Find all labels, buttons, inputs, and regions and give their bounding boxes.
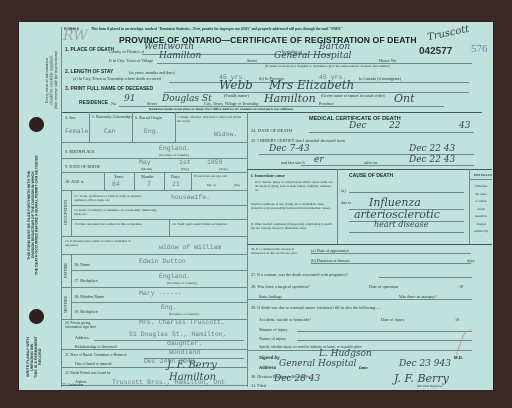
marital-status-value: Widow. (214, 131, 237, 138)
age-col-1 (104, 172, 105, 190)
age-days-label: Days (171, 174, 180, 179)
informant-label: 20. Person giving information sign here (65, 321, 100, 329)
length-of-stay-label: 2. LENGTH OF STAY (65, 69, 113, 75)
age-days: 21 (172, 181, 180, 188)
occupation-split (169, 219, 170, 236)
mother-section-label: MOTHER (64, 290, 68, 320)
nature-line (297, 340, 472, 341)
punch-hole-top (29, 117, 44, 132)
date-of-death-label: 24. DATE OF DEATH (251, 128, 292, 133)
racial-origin-label: 6. Racial Origin (135, 115, 162, 120)
cause-top (247, 169, 492, 170)
spouse-value: widow of William (159, 244, 221, 251)
death-certificate: Every item of information should be care… (19, 22, 493, 390)
external-causes-label: 29. If death was due to external causes … (251, 305, 381, 310)
burial-date-line (62, 367, 247, 368)
age-months: 7 (147, 181, 151, 188)
nationality-value: Can (104, 128, 116, 135)
certify-label: 25. I HEREBY CERTIFY that I attended dec… (251, 138, 345, 143)
occupation-divider (71, 190, 72, 236)
operation-year-prefix: 19 (459, 284, 463, 289)
cause-left-divider (337, 169, 338, 244)
communicable-label: 26. If a communicable disease is mention… (251, 247, 306, 255)
given-names-value: Mrs Elizabeth (269, 78, 354, 92)
row-line-3 (62, 172, 247, 173)
registrar-caption: (Division Registrar) (417, 384, 443, 388)
burial-place-label: 21. Place of Burial, Cremation or Remova… (65, 353, 127, 357)
relationship-value: daughter. (167, 340, 202, 347)
nature-label: Nature of injury (259, 336, 286, 341)
sex-label: 4. Sex (65, 115, 75, 120)
margin-divider (61, 27, 62, 387)
cause-a-prefix: (a) (341, 188, 346, 193)
duration-line (311, 263, 471, 264)
attended-to: Dec 22 43 (409, 144, 455, 154)
dob-month-caption: (Month) (141, 167, 152, 171)
mother-birthplace-value: Eng. (161, 304, 177, 311)
margin-instructions: Every item of information should be care… (45, 28, 59, 133)
burial-place-value: Woodland (169, 349, 200, 356)
undertaker-row: 23. Undertaker Truscott Bros., Hamilton,… (62, 383, 247, 391)
appearance-line (311, 253, 471, 254)
residence-province-value: Ont (394, 92, 415, 105)
institution-value: General Hospital (274, 51, 351, 61)
undertaker-label: 23. Undertaker (62, 383, 84, 387)
registration-number: 042577 (419, 46, 452, 57)
father-name-value: Edwin Dutton (139, 258, 186, 265)
family-name-value: Webb (219, 78, 253, 92)
age-col-3 (164, 172, 165, 190)
physician-col-line (469, 179, 492, 180)
postal-note: This form if placed in an envelope, mark… (91, 27, 343, 31)
age-col-4 (191, 172, 192, 190)
due-to-label: due to (341, 200, 351, 205)
father-name-label: 16. Name (74, 262, 90, 267)
signed-date-value: Dec 23 943 (399, 359, 451, 369)
father-name-line (71, 270, 247, 271)
signer-address-label: Address (259, 365, 276, 370)
age-hrs-label: hrs. or (207, 183, 216, 187)
undertaker-value: Truscott Bros., Hamilton, Ont (112, 379, 225, 386)
mother-maiden-value: Mary ------ (139, 290, 182, 297)
alive-line (301, 165, 474, 166)
trade-value: housewife. (171, 194, 210, 201)
other-conditions-label: II. Other morbid conditions (if importan… (251, 222, 333, 230)
morbid-conditions-label: Morbid conditions, if any, giving rise t… (251, 202, 333, 210)
dob-day: 1st (179, 159, 191, 166)
mother-birthplace-caption: (Province or Country) (169, 312, 199, 316)
margin-filing-notice: THIS FORM MUST BE FILED FORTHWITH WITH T… (28, 140, 39, 290)
dob-label: 9. DATE OF BIRTH (65, 164, 100, 169)
accident-label: Accident, suicide or homicide? (259, 317, 311, 322)
physician-col-title: PHYSICIAN (474, 173, 492, 177)
section-divider (62, 112, 482, 113)
manner-line (297, 331, 472, 332)
county-label: County or District of (109, 49, 144, 54)
spouse-label: 15. If married give name of wife or husb… (65, 239, 135, 247)
filed-date-value: Dec 28 43 (274, 374, 320, 384)
grid-col-2 (132, 112, 133, 142)
signed-by-label: Signed by (259, 355, 280, 360)
father-line (62, 287, 247, 288)
attended-from: Dec 7-43 (269, 144, 310, 154)
death-date-line (309, 132, 474, 133)
racial-origin-value: Eng. (144, 128, 160, 135)
marital-status-label: 7. Single, Married, Widowed or Divorced … (177, 115, 245, 123)
burial-date-label: Date of burial or removal (75, 362, 112, 366)
age-label: 10. AGE is (65, 179, 84, 184)
cause-a-line (349, 192, 464, 193)
pregnancy-label: 27. If a woman, was the death associated… (251, 272, 348, 277)
row-line-5 (62, 236, 247, 237)
trade-label: 11. Trade, profession or kind of work as… (74, 194, 144, 202)
nationality-label: 5. Nationality (Citizenship) (92, 115, 131, 119)
dob-month: May (139, 159, 151, 166)
cause-ii-value: heart disease (374, 220, 428, 229)
birthplace-caption: (Province or Country) (159, 153, 189, 157)
given-names-caption: (Given name or names in usual order) (321, 93, 385, 98)
immediate-cause-desc: Give disease, injury or complication whi… (255, 180, 333, 192)
mother-birthplace-label: 19. Birthplace (74, 309, 98, 314)
permit-by-value: J. F. Berry (167, 360, 217, 371)
row-line-6 (62, 254, 247, 255)
physician-signature: L. Hudgson (319, 349, 372, 359)
dob-day-caption: (Day) (181, 167, 189, 171)
operation-date-label: Date of operation (369, 284, 398, 289)
age-less-label: If less than one day old (194, 174, 227, 178)
informant-value: Mrs. Charles Truscott. (139, 319, 225, 326)
institution-note: (If death occurred in a hospital or inst… (265, 64, 390, 68)
mother-maiden-label: 18. Maiden Name (74, 294, 104, 299)
findings-line (247, 299, 472, 300)
filed-label: 31. Filed (251, 383, 266, 388)
residence-city-value: Hamilton (264, 92, 316, 105)
injury-year-prefix: 19 (455, 317, 459, 322)
death-year: 43 (459, 121, 470, 131)
stay-city-label: (a) In City, Town or Township where deat… (73, 76, 161, 81)
signed-date-label: Date (359, 365, 368, 370)
last-saw-pronoun: er (314, 155, 324, 165)
trade-line (71, 205, 247, 206)
age-min-label: min. (234, 183, 240, 187)
row-line-4 (62, 190, 247, 191)
cause-right-divider (469, 169, 470, 244)
last-worked-label: 13. Date deceased last worked at this oc… (74, 222, 144, 226)
manner-label: Manner of injury (259, 327, 288, 332)
age-years-label: Years (114, 174, 123, 179)
city-value: Hamilton (159, 51, 201, 61)
punch-hole-bottom (29, 309, 44, 324)
birthplace-label: 8. BIRTHPLACE (65, 149, 95, 154)
sex-value: Female (65, 128, 88, 135)
annotation-rw: RW (63, 28, 88, 44)
pregnancy-line (379, 277, 472, 278)
total-years-label: 14. Total years spent in this occupation (172, 222, 232, 226)
residence-label: RESIDENCE (79, 100, 108, 106)
dob-year-caption: (Year) (219, 167, 228, 171)
alive-on-value: Dec 22 43 (409, 155, 455, 165)
stay-canada-label: In Canada (if immigrant) (359, 76, 401, 81)
stamp-number: 576 (471, 43, 488, 55)
cause-bottom (247, 244, 492, 245)
place-of-death-label: 1. PLACE OF DEATH (65, 47, 114, 53)
industry-line (71, 219, 247, 220)
surgery-label: 28. Was there a surgical operation? (251, 284, 310, 289)
grid-col-1 (89, 112, 90, 142)
cause-ii-line (349, 232, 464, 233)
age-col-2 (134, 172, 135, 190)
residence-note: Residence means usual place of abode. Po… (149, 107, 294, 111)
dob-year: 1859 (207, 159, 223, 166)
occupation-section-label: OCCUPATION (64, 192, 68, 234)
margin-ink-notice: WRITE PLAINLY WITH UNFADING INK THIS IS … (26, 327, 42, 387)
immediate-cause-label: I. Immediate cause (251, 173, 285, 178)
age-months-label: Months (141, 174, 154, 179)
father-birthplace-caption: (Province or Country) (167, 281, 197, 285)
informant-address-label: Address (75, 335, 89, 340)
death-month: Dec (349, 121, 367, 131)
father-birthplace-value: England. (159, 273, 190, 280)
row-line-1 (62, 142, 247, 143)
death-day: 22 (389, 121, 400, 131)
father-birthplace-label: 17. Birthplace (74, 278, 98, 283)
annotation-truscott: Truscott (426, 24, 470, 44)
name-line (164, 92, 469, 93)
cause-heading: CAUSE OF DEATH (349, 173, 393, 179)
length-of-stay-sub: (in years, months and days) (129, 70, 175, 75)
father-section-label: FATHER (64, 256, 68, 286)
left-right-divider (247, 112, 248, 387)
age-years: 84 (112, 181, 120, 188)
mother-name-line (71, 302, 247, 303)
birthplace-value: England. (159, 145, 190, 152)
city-label: If in City, Town or Village (109, 58, 153, 63)
informant-address-value: 51 Douglas St., Hamilton, (129, 331, 227, 338)
deceased-name-label: 3. PRINT FULL NAME OF DECEASED (65, 86, 153, 92)
industry-label: 12. Kind of industry or business, as cot… (74, 208, 164, 216)
physician-col-text: Underline the cause to which death shoul… (471, 183, 491, 236)
permit-label: 22. Burial Permit was issued by (65, 371, 111, 375)
residence-no-value: 91 (124, 94, 135, 104)
residence-no-label: No. (111, 101, 117, 106)
injury-date-label: Date of injury (381, 317, 405, 322)
family-name-caption: (Family name) (224, 93, 249, 98)
relationship-line (62, 349, 247, 350)
grid-col-3 (175, 112, 176, 142)
signer-address-value: General Hospital (279, 359, 356, 369)
